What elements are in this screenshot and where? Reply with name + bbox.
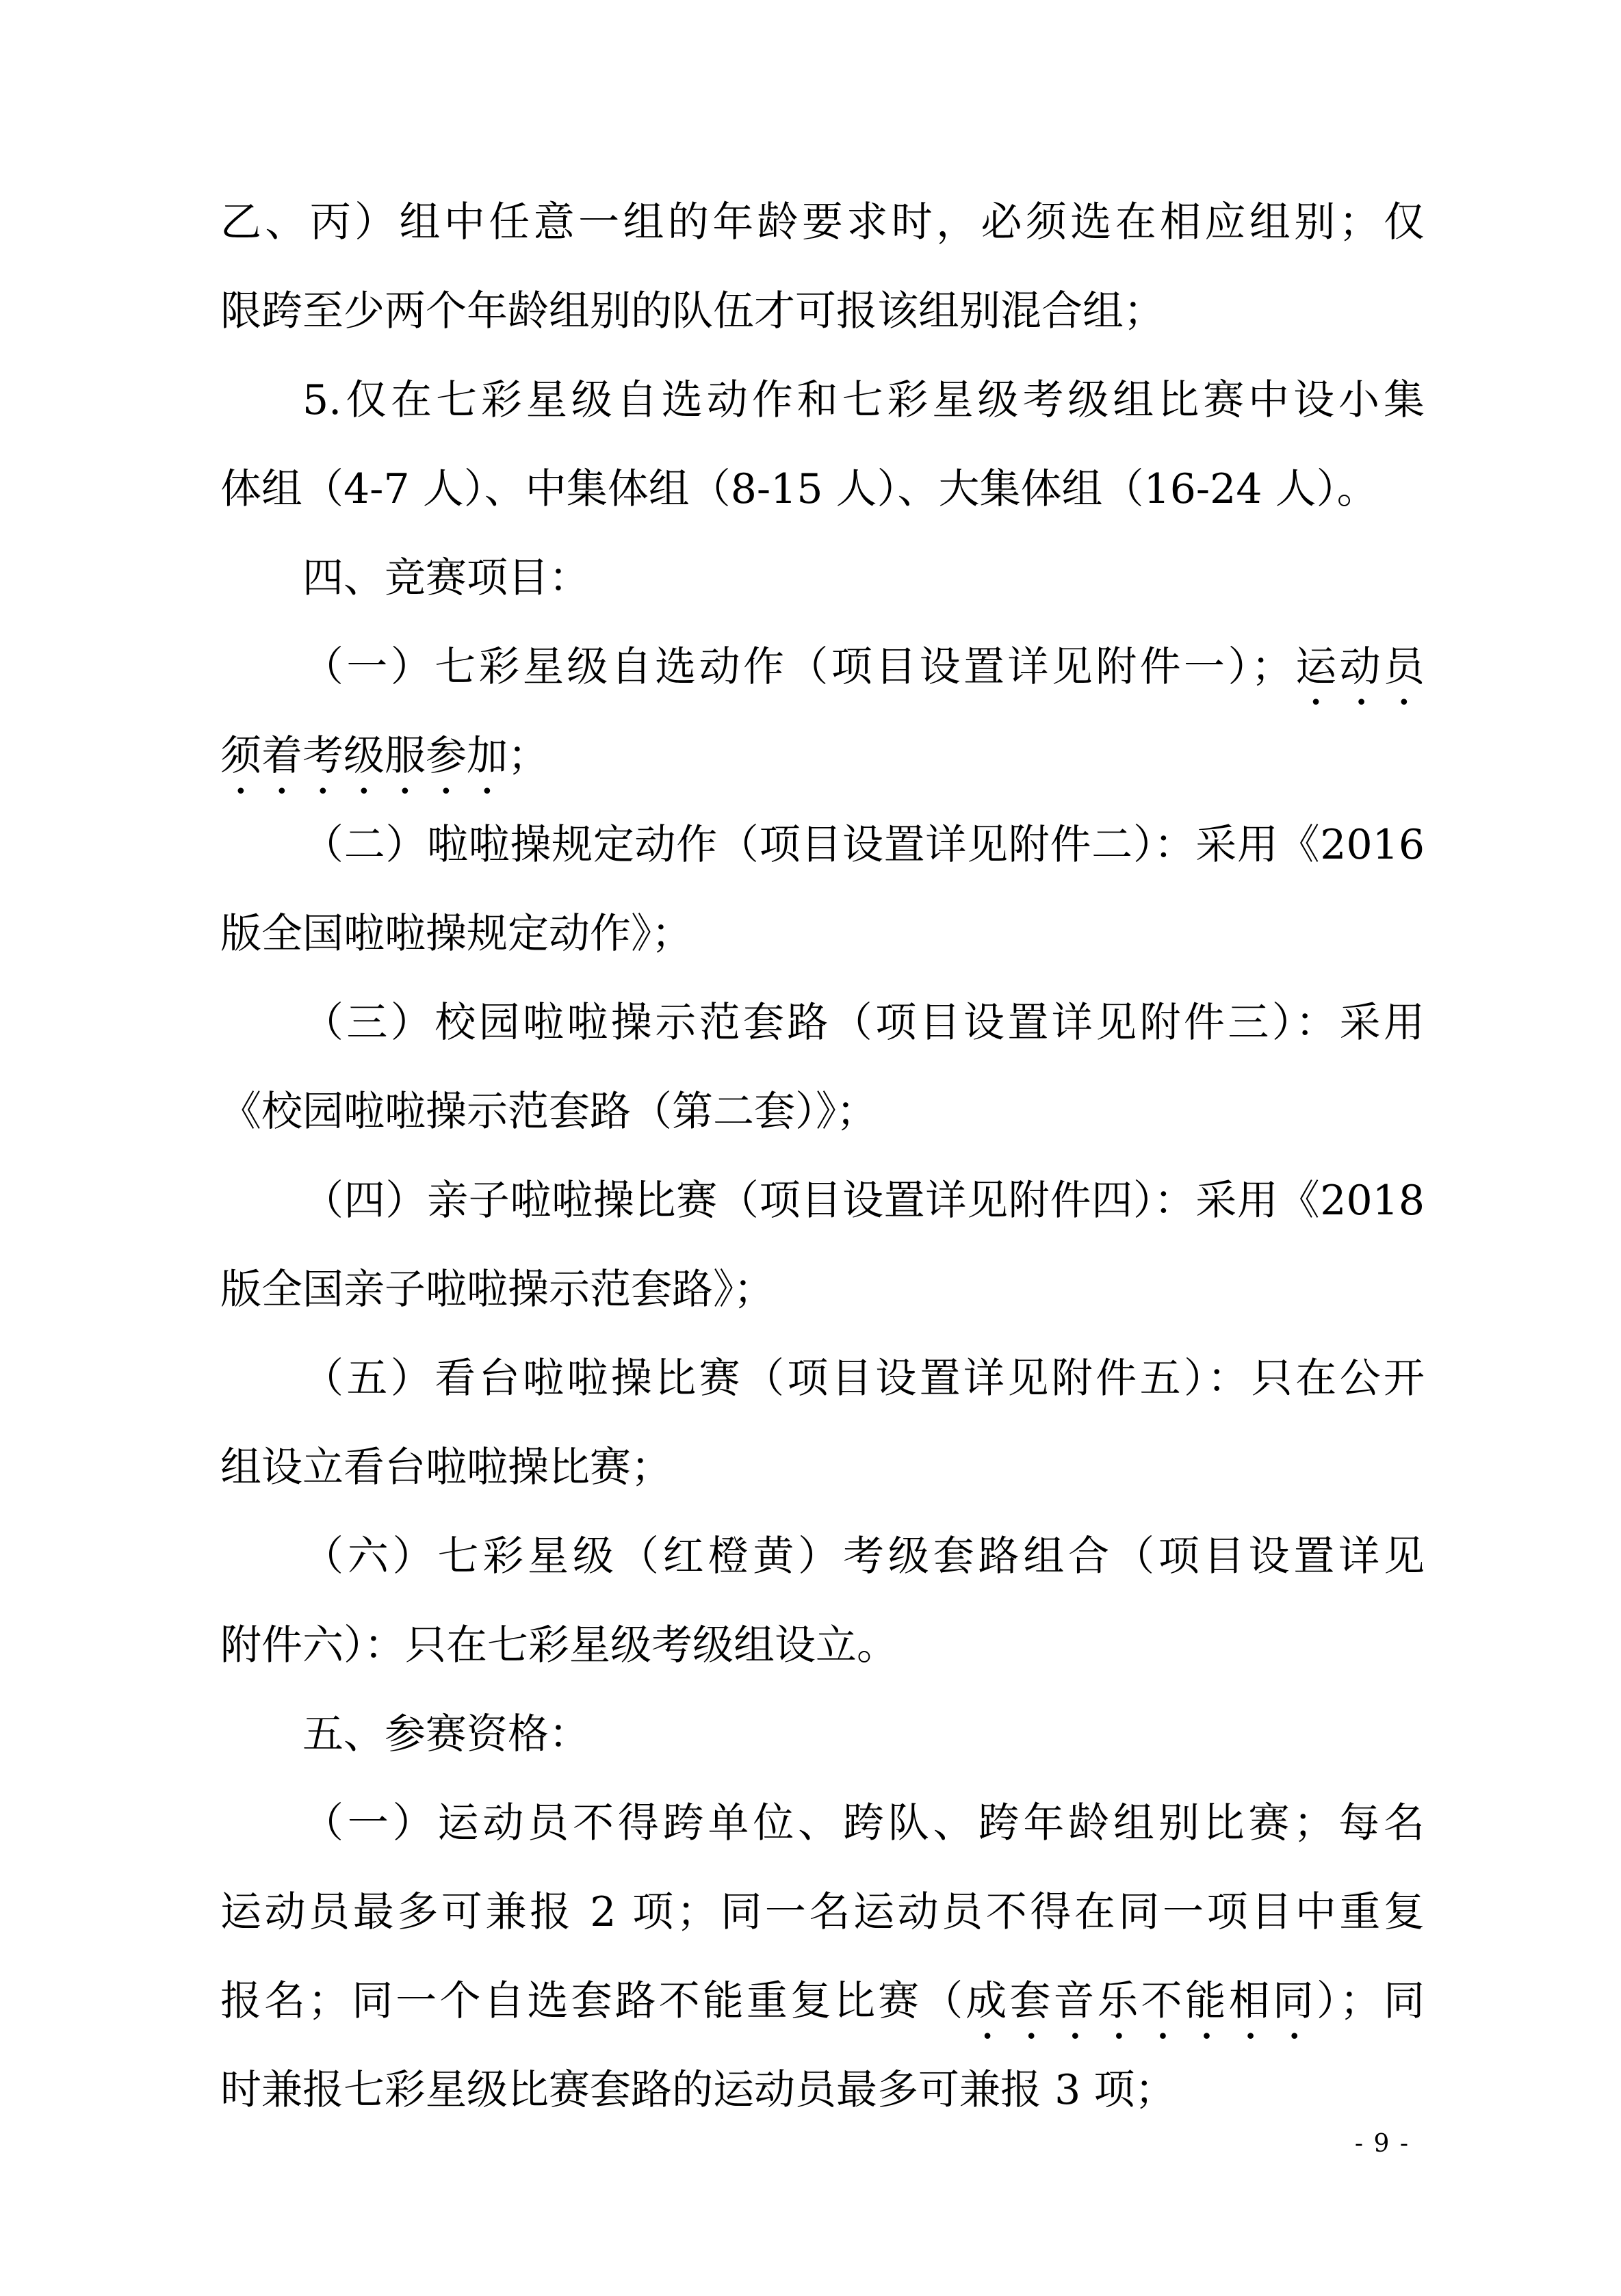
text-segment: （五）看台啦啦操比赛（项目设置详见附件五）：只在公开 bbox=[302, 1355, 1425, 1403]
text-segment: 四、竞赛项目： bbox=[302, 554, 590, 602]
text-line: （一）七彩星级自选动作（项目设置详见附件一）；运动员 bbox=[220, 623, 1425, 712]
text-line: （五）看台啦啦操比赛（项目设置详见附件五）：只在公开 bbox=[220, 1334, 1425, 1423]
text-line: 组设立看台啦啦操比赛； bbox=[220, 1423, 1425, 1512]
page-number: - 9 - bbox=[1355, 2129, 1410, 2159]
text-segment: 体组（4-7 人）、中集体组（8-15 人）、大集体组（16-24 人）。 bbox=[220, 465, 1378, 513]
text-segment: 报名；同一个自选套路不能重复比赛 bbox=[220, 1977, 922, 2025]
text-block: 乙、丙）组中任意一组的年龄要求时，必须选在相应组别；仅 限跨至少两个年龄组别的队… bbox=[220, 178, 1425, 2135]
text-segment: 附件六）：只在七彩星级考级组设立。 bbox=[220, 1621, 898, 1669]
text-line: 5.仅在七彩星级自选动作和七彩星级考级组比赛中设小集 bbox=[220, 356, 1425, 445]
text-segment: （四）亲子啦啦操比赛（项目设置详见附件四）：采用《2018 bbox=[302, 1177, 1425, 1225]
text-segment: （六）七彩星级（红橙黄）考级套路组合（项目设置详见 bbox=[302, 1532, 1425, 1580]
text-line: 版全国亲子啦啦操示范套路》； bbox=[220, 1245, 1425, 1334]
text-line: 时兼报七彩星级比赛套路的运动员最多可兼报 3 项； bbox=[220, 2046, 1425, 2135]
text-segment: 版全国啦啦操规定动作》； bbox=[220, 910, 692, 958]
text-line: 乙、丙）组中任意一组的年龄要求时，必须选在相应组别；仅 bbox=[220, 178, 1425, 267]
emphasized-text: 运动员 bbox=[1293, 643, 1425, 691]
text-segment: 版全国亲子啦啦操示范套路》； bbox=[220, 1266, 775, 1314]
text-segment: （二）啦啦操规定动作（项目设置详见附件二）：采用《2016 bbox=[302, 821, 1425, 869]
text-line: 限跨至少两个年龄组别的队伍才可报该组别混合组； bbox=[220, 267, 1425, 356]
text-segment: 限跨至少两个年龄组别的队伍才可报该组别混合组； bbox=[220, 287, 1165, 335]
section-heading: 五、参赛资格： bbox=[220, 1690, 1425, 1779]
text-line: 附件六）：只在七彩星级考级组设立。 bbox=[220, 1601, 1425, 1690]
section-heading: 四、竞赛项目： bbox=[220, 534, 1425, 623]
text-segment: （三）校园啦啦操示范套路（项目设置详见附件三）：采用 bbox=[302, 999, 1425, 1047]
text-line: 《校园啦啦操示范套路（第二套）》； bbox=[220, 1067, 1425, 1156]
text-line: （一）运动员不得跨单位、跨队、跨年龄组别比赛；每名 bbox=[220, 1779, 1425, 1868]
text-segment: 5.仅在七彩星级自选动作和七彩星级考级组比赛中设小集 bbox=[302, 376, 1425, 424]
text-line: 体组（4-7 人）、中集体组（8-15 人）、大集体组（16-24 人）。 bbox=[220, 445, 1425, 534]
text-segment: （一）七彩星级自选动作（项目设置详见附件一）； bbox=[302, 643, 1293, 691]
text-line: 版全国啦啦操规定动作》； bbox=[220, 889, 1425, 978]
text-segment: ；同 bbox=[1340, 1977, 1425, 2025]
text-line: 运动员最多可兼报 2 项；同一名运动员不得在同一项目中重复 bbox=[220, 1868, 1425, 1957]
text-line: （二）啦啦操规定动作（项目设置详见附件二）：采用《2016 bbox=[220, 800, 1425, 889]
text-line: （六）七彩星级（红橙黄）考级套路组合（项目设置详见 bbox=[220, 1512, 1425, 1601]
text-segment: ； bbox=[508, 732, 549, 780]
text-segment: 时兼报七彩星级比赛套路的运动员最多可兼报 3 项； bbox=[220, 2066, 1176, 2114]
text-segment: 《校园啦啦操示范套路（第二套）》； bbox=[220, 1088, 877, 1136]
text-segment: 运动员最多可兼报 2 项；同一名运动员不得在同一项目中重复 bbox=[220, 1888, 1425, 1936]
text-segment: 乙、丙）组中任意一组的年龄要求时，必须选在相应组别；仅 bbox=[220, 198, 1425, 246]
text-line: 须着考级服参加； bbox=[220, 712, 1425, 800]
text-line: （三）校园啦啦操示范套路（项目设置详见附件三）：采用 bbox=[220, 978, 1425, 1067]
text-segment: 组设立看台啦啦操比赛； bbox=[220, 1444, 672, 1491]
text-line: （四）亲子啦啦操比赛（项目设置详见附件四）：采用《2018 bbox=[220, 1156, 1425, 1245]
emphasized-text: 须着考级服参加 bbox=[220, 732, 508, 780]
text-segment: 五、参赛资格： bbox=[302, 1710, 590, 1758]
text-segment: （一）运动员不得跨单位、跨队、跨年龄组别比赛；每名 bbox=[302, 1799, 1425, 1847]
text-line: 报名；同一个自选套路不能重复比赛（成套音乐不能相同）；同 bbox=[220, 1957, 1425, 2046]
document-page: 乙、丙）组中任意一组的年龄要求时，必须选在相应组别；仅 限跨至少两个年龄组别的队… bbox=[0, 0, 1621, 2296]
emphasized-text: （成套音乐不能相同） bbox=[922, 1977, 1340, 2025]
